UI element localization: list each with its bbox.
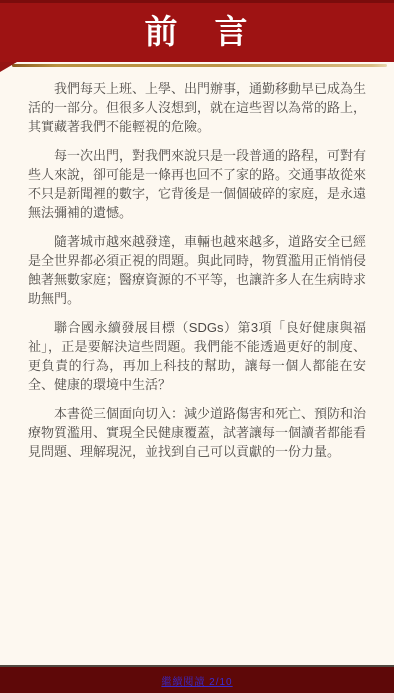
- page-footer: 繼續閱讀 2/10: [0, 665, 394, 700]
- footer-continue-link[interactable]: 繼續閱讀 2/10: [161, 673, 232, 688]
- footer-bar: 繼續閱讀 2/10: [0, 665, 394, 693]
- bottom-strip: [0, 693, 394, 700]
- preface-page: 前 言 我們每天上班、上學、出門辦事，通勤移動早已成為生活的一部分。但很多人沒想…: [0, 0, 394, 700]
- preface-content: 我們每天上班、上學、出門辦事，通勤移動早已成為生活的一部分。但很多人沒想到，就在…: [0, 67, 394, 461]
- preface-paragraph: 本書從三個面向切入：減少道路傷害和死亡、預防和治療物質濫用、實現全民健康覆蓋，試…: [28, 404, 366, 461]
- preface-paragraph: 每一次出門，對我們來說只是一段普通的路程，可對有些人來說，卻可能是一條再也回不了…: [28, 146, 366, 222]
- page-header: 前 言: [0, 0, 394, 62]
- preface-paragraph: 隨著城市越來越發達，車輛也越來越多，道路安全已經是全世界都必須正視的問題。與此同…: [28, 232, 366, 308]
- page-title: 前 言: [145, 15, 250, 48]
- header-corner-wedge: [0, 62, 17, 72]
- preface-paragraph: 聯合國永續發展目標（SDGs）第3項「良好健康與福祉」，正是要解決這些問題。我們…: [28, 318, 366, 394]
- preface-paragraph: 我們每天上班、上學、出門辦事，通勤移動早已成為生活的一部分。但很多人沒想到，就在…: [28, 79, 366, 136]
